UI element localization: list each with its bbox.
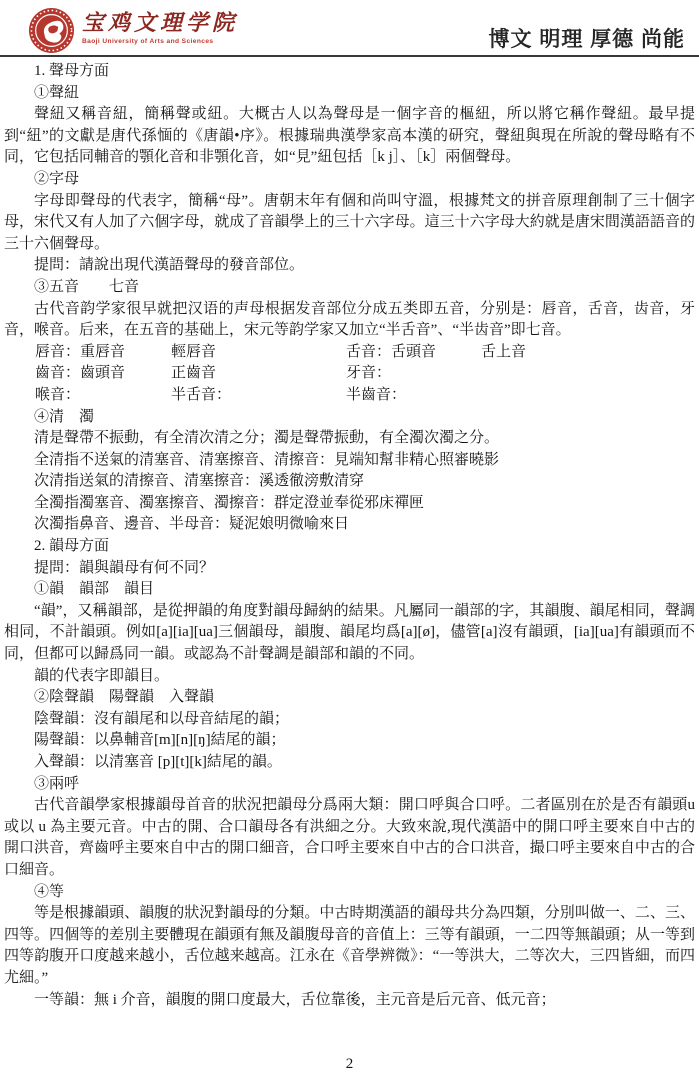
- zimu-paragraph: 字母即聲母的代表字，簡稱“母”。唐朝末年有個和尚叫守溫，根據梵文的拼音原理創制了…: [4, 191, 695, 256]
- university-name-cn: 宝鸡文理学院: [82, 11, 238, 35]
- ciqing-line: 次清指送氣的清擦音、清塞擦音：溪透徹滂敷清穿: [4, 471, 695, 493]
- section-2-heading: 2. 韻母方面: [4, 536, 695, 558]
- document-page: 宝鸡文理学院 Baoji University of Arts and Scie…: [0, 0, 699, 1080]
- question-yunmu: 提問：韻與韻母有何不同？: [4, 558, 695, 580]
- lianghu-heading: ③兩呼: [4, 774, 695, 796]
- quanzhuo-line: 全濁指濁塞音、濁塞擦音、濁擦音：群定澄並奉從邪床禪匣: [4, 493, 695, 515]
- table-cell: 舌上音: [481, 342, 695, 364]
- cizhuo-line: 次濁指鼻音、邊音、半母音：疑泥娘明微喻來日: [4, 514, 695, 536]
- qingzhuo-heading: ④清 濁: [4, 407, 695, 429]
- table-cell: 輕唇音: [171, 342, 346, 364]
- table-cell: 半齒音：: [346, 385, 481, 407]
- shengniu-heading: ①聲紐: [4, 83, 695, 105]
- section-1-heading: 1. 聲母方面: [4, 61, 695, 83]
- table-cell: 舌音：舌頭音: [346, 342, 481, 364]
- yunmu-note: 韻的代表字即韻目。: [4, 666, 695, 688]
- deng-heading: ④等: [4, 882, 695, 904]
- question-shengmu: 提問：請說出現代漢語聲母的發音部位。: [4, 255, 695, 277]
- yun-heading: ①韻 韻部 韻目: [4, 579, 695, 601]
- qingzhuo-intro: 清是聲帶不振動，有全清次清之分；濁是聲帶振動，有全濁次濁之分。: [4, 428, 695, 450]
- table-cell: 正齒音: [171, 363, 346, 385]
- zimu-heading: ②字母: [4, 169, 695, 191]
- quanqing-line: 全清指不送氣的清塞音、清塞擦音、清擦音：見端知幫非精心照審曉影: [4, 450, 695, 472]
- university-name-en: Baoji University of Arts and Sciences: [82, 38, 238, 45]
- page-number: 2: [0, 1056, 699, 1073]
- lianghu-paragraph: 古代音韻學家根據韻母首音的狀況把韻母分爲兩大類：開口呼與合口呼。二者區別在於是否…: [4, 795, 695, 881]
- table-cell: [481, 385, 695, 407]
- table-cell: 半舌音：: [171, 385, 346, 407]
- table-row: 齒音：齒頭音 正齒音 牙音：: [4, 363, 695, 385]
- deng-paragraph: 等是根據韻頭、韻腹的狀況對韻母的分類。中古時期漢語的韻母共分為四類，分別叫做一、…: [4, 903, 695, 989]
- table-cell: 齒音：齒頭音: [35, 363, 171, 385]
- university-logo-icon: [28, 7, 75, 54]
- wuyin-paragraph: 古代音韵学家很早就把汉语的声母根据发音部位分成五类即五音，分别是：唇音，舌音，齿…: [4, 299, 695, 342]
- table-cell: 唇音：重唇音: [35, 342, 171, 364]
- yidengyun-line: 一等韻：無 i 介音，韻腹的開口度最大，舌位靠後，主元音是后元音、低元音；: [4, 990, 695, 1012]
- yun-paragraph: “韻”，又稱韻部，是從押韻的角度對韻母歸納的結果。凡屬同一韻部的字，其韻腹、韻尾…: [4, 601, 695, 666]
- shengniu-paragraph: 聲紐又稱音紐，簡稱聲或紐。大概古人以為聲母是一個字音的樞紐，所以將它稱作聲紐。最…: [4, 104, 695, 169]
- wuyin-heading: ③五音 七音: [4, 277, 695, 299]
- rushengyun-line: 入聲韻：以清塞音 [p][t][k]結尾的韻。: [4, 752, 695, 774]
- wuyin-table: 唇音：重唇音 輕唇音 舌音：舌頭音 舌上音 齒音：齒頭音 正齒音 牙音： 喉音：…: [4, 342, 695, 407]
- table-cell: 牙音：: [346, 363, 481, 385]
- university-brand: 宝鸡文理学院 Baoji University of Arts and Scie…: [28, 7, 238, 54]
- university-name-block: 宝鸡文理学院 Baoji University of Arts and Scie…: [82, 7, 238, 45]
- table-cell: [481, 363, 695, 385]
- table-cell: 喉音：: [35, 385, 171, 407]
- yangshengyun-line: 陽聲韻：以鼻輔音[m][n][ŋ]結尾的韻；: [4, 730, 695, 752]
- page-header: 宝鸡文理学院 Baoji University of Arts and Scie…: [0, 0, 699, 56]
- table-row: 喉音： 半舌音： 半齒音：: [4, 385, 695, 407]
- university-motto: 博文 明理 厚德 尚能: [488, 23, 685, 53]
- document-content: 1. 聲母方面 ①聲紐 聲紐又稱音紐，簡稱聲或紐。大概古人以為聲母是一個字音的樞…: [4, 61, 695, 1011]
- header-divider: [0, 55, 699, 57]
- yinshengyun-line: 陰聲韻：沒有韻尾和以母音結尾的韻；: [4, 709, 695, 731]
- table-row: 唇音：重唇音 輕唇音 舌音：舌頭音 舌上音: [4, 342, 695, 364]
- yinyangru-heading: ②陰聲韻 陽聲韻 入聲韻: [4, 687, 695, 709]
